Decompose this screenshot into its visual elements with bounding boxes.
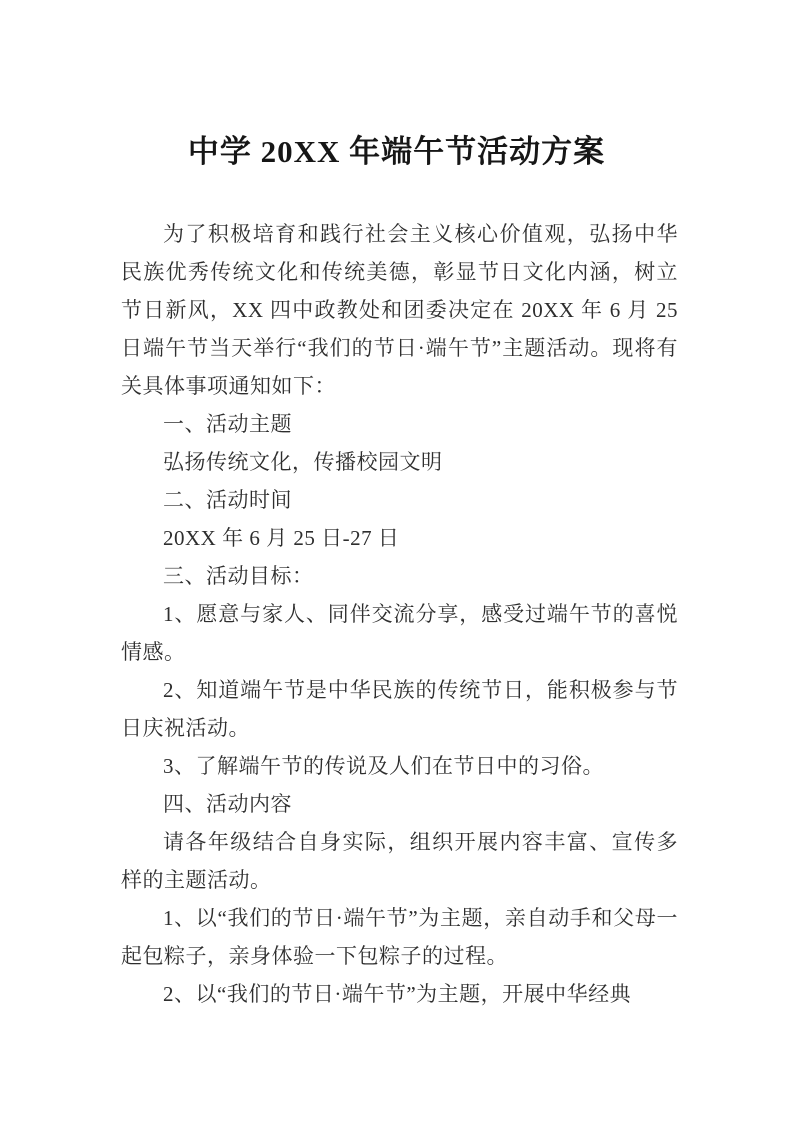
content-item-1: 1、以“我们的节日·端午节”为主题，亲自动手和父母一起包粽子，亲身体验一下包粽子…	[121, 899, 678, 975]
goal-item-1: 1、愿意与家人、同伴交流分享，感受过端午节的喜悦情感。	[121, 595, 678, 671]
section-heading-content: 四、活动内容	[121, 785, 678, 823]
theme-statement: 弘扬传统文化，传播校园文明	[121, 443, 678, 481]
section-heading-time: 二、活动时间	[121, 481, 678, 519]
time-statement: 20XX 年 6 月 25 日-27 日	[121, 519, 678, 557]
section-heading-theme: 一、活动主题	[121, 405, 678, 443]
document-title: 中学 20XX 年端午节活动方案	[90, 130, 703, 174]
content-intro: 请各年级结合自身实际，组织开展内容丰富、宣传多样的主题活动。	[121, 823, 678, 899]
section-heading-goals: 三、活动目标：	[121, 557, 678, 595]
document-page: 中学 20XX 年端午节活动方案 为了积极培育和践行社会主义核心价值观，弘扬中华…	[0, 0, 793, 1122]
goal-item-3: 3、了解端午节的传说及人们在节日中的习俗。	[121, 747, 678, 785]
content-item-2: 2、以“我们的节日·端午节”为主题，开展中华经典	[121, 975, 678, 1013]
intro-paragraph: 为了积极培育和践行社会主义核心价值观，弘扬中华民族优秀传统文化和传统美德，彰显节…	[121, 215, 678, 405]
goal-item-2: 2、知道端午节是中华民族的传统节日，能积极参与节日庆祝活动。	[121, 671, 678, 747]
document-body: 为了积极培育和践行社会主义核心价值观，弘扬中华民族优秀传统文化和传统美德，彰显节…	[121, 215, 678, 1013]
